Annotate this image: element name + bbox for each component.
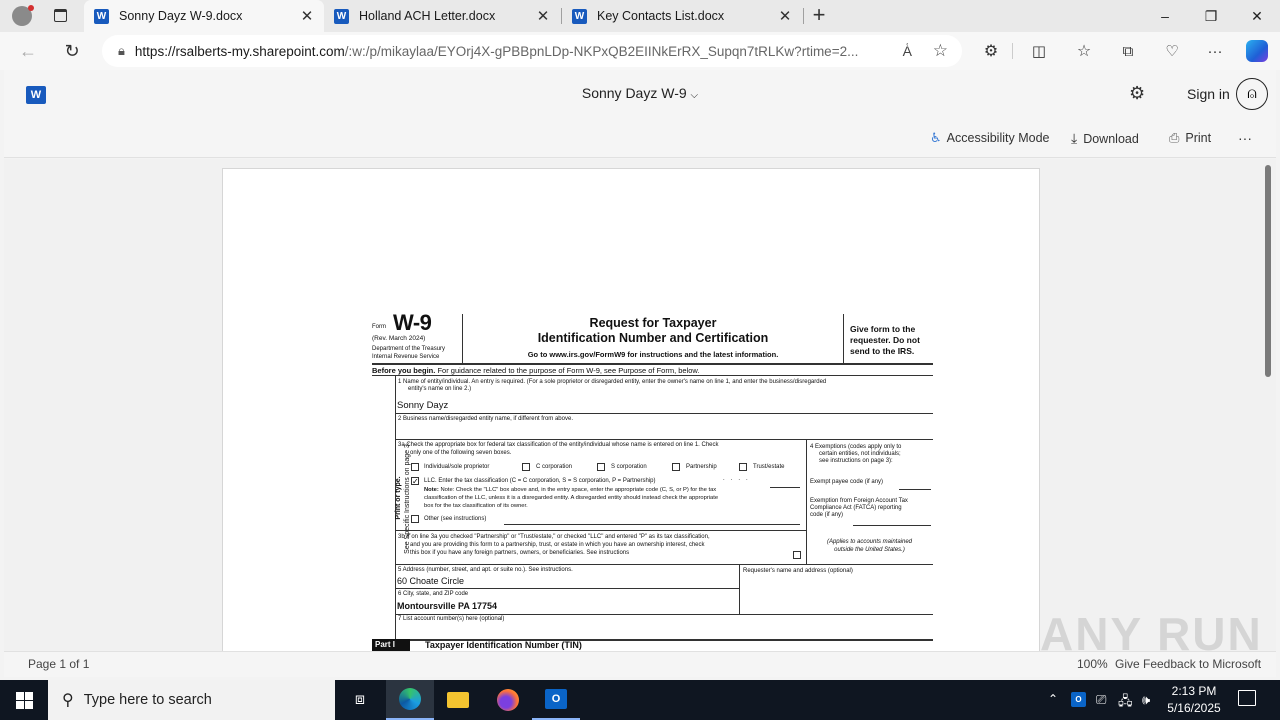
label-llc: LLC. Enter the tax classification (C = C… <box>424 478 656 484</box>
checkbox-s-corp[interactable] <box>597 463 605 471</box>
form-title-line2: Identification Number and Certification <box>463 331 843 345</box>
give-form-line1: Give form to the <box>850 324 915 334</box>
tab-key-contacts-list[interactable]: W Key Contacts List.docx ✕ <box>562 0 802 32</box>
zoom-level[interactable]: 100% <box>1077 657 1108 671</box>
checkbox-llc[interactable]: ✓ <box>411 477 419 485</box>
favorite-star-icon[interactable]: ☆ <box>933 41 948 61</box>
page-count: Page 1 of 1 <box>28 657 89 671</box>
clock-time: 2:13 PM <box>1166 683 1222 700</box>
outlook-taskbar-icon[interactable]: O <box>532 680 580 720</box>
give-feedback-link[interactable]: Give Feedback to Microsoft <box>1115 657 1261 671</box>
windows-logo-icon <box>16 692 33 709</box>
favorites-icon[interactable]: ☆ <box>1069 36 1099 66</box>
search-icon: ⚲ <box>62 690 74 710</box>
checkbox-c-corp[interactable] <box>522 463 530 471</box>
address-field[interactable]: 60 Choate Circle <box>397 576 464 586</box>
browser-tab-strip: W Sonny Dayz W-9.docx ✕ W Holland ACH Le… <box>0 0 1280 32</box>
rule <box>395 530 806 531</box>
label-other: Other (see instructions) <box>424 516 486 522</box>
notification-dot-icon <box>28 5 34 11</box>
close-tab-icon[interactable]: ✕ <box>534 7 552 25</box>
vertical-scrollbar[interactable] <box>1265 165 1271 377</box>
label-individual: Individual/sole proprietor <box>424 464 489 470</box>
outlook-tray-icon[interactable]: O <box>1071 692 1086 707</box>
read-aloud-icon[interactable]: A͑ <box>903 43 912 59</box>
line4-label-cont2: see instructions on page 3): <box>819 458 893 464</box>
fatca-label-cont: Compliance Act (FATCA) reporting <box>810 505 902 511</box>
entity-name-field[interactable]: Sonny Dayz <box>397 400 448 411</box>
word-icon: W <box>94 9 109 24</box>
checkbox-partnership[interactable] <box>672 463 680 471</box>
form-agency: Internal Revenue Service <box>372 354 439 360</box>
accessibility-mode-label: Accessibility Mode <box>947 131 1050 145</box>
label-trust: Trust/estate <box>753 464 784 470</box>
line1-label-cont: entity's name on line 2.) <box>408 386 471 392</box>
checkbox-other[interactable] <box>411 515 419 523</box>
status-bar: Page 1 of 1 100% Give Feedback to Micros… <box>4 651 1276 677</box>
network-icon[interactable]: 🖧︎ <box>1118 692 1133 714</box>
checkbox-foreign-partners[interactable] <box>793 551 801 559</box>
divider <box>843 314 844 363</box>
taskbar-search[interactable]: ⚲ Type here to search <box>48 680 335 720</box>
minimize-button[interactable]: – <box>1142 0 1188 32</box>
form-title-line1: Request for Taxpayer <box>463 316 843 330</box>
line3a-label: 3a Check the appropriate box for federal… <box>398 442 719 448</box>
browser-toolbar: ← ↻ 🔒︎ https://rsalberts-my.sharepoint.c… <box>0 32 1280 70</box>
browser-essentials-icon[interactable]: ♡ <box>1157 36 1187 66</box>
print-label: Print <box>1185 131 1211 145</box>
download-icon: ⤓ <box>1071 130 1077 147</box>
watermark: ANY RUN <box>1040 607 1263 651</box>
edge-taskbar-icon[interactable] <box>386 680 434 720</box>
rule <box>395 614 933 615</box>
rule <box>395 413 933 414</box>
form-revision: (Rev. March 2024) <box>372 335 425 342</box>
camera-icon[interactable]: ⎚ <box>1096 692 1106 708</box>
line5-label: 5 Address (number, street, and apt. or s… <box>398 567 573 573</box>
side-print-or-type: Print or type. <box>394 428 403 568</box>
sign-in-link[interactable]: Sign in <box>1187 86 1230 102</box>
firefox-icon[interactable] <box>484 680 532 720</box>
give-form-line3: send to the IRS. <box>850 346 914 356</box>
fatca-field[interactable] <box>853 525 931 526</box>
word-header: W Sonny Dayz W-9 ⌵ ⚙ Sign in ⍝ ♿︎ Access… <box>4 70 1276 158</box>
llc-entry-line[interactable] <box>770 487 800 488</box>
part1-title: Taxpayer Identification Number (TIN) <box>425 640 582 650</box>
url-host: https://rsalberts-my.sharepoint.com <box>135 44 345 59</box>
give-form-line2: requester. Do not <box>850 335 920 345</box>
line7-label: 7 List account number(s) here (optional) <box>398 616 504 622</box>
print-button[interactable]: ⎙ Print <box>1169 130 1211 146</box>
note-line3: box for the tax classification of its ow… <box>424 503 528 509</box>
line2-label: 2 Business name/disregarded entity name,… <box>398 416 573 422</box>
url-path: /:w:/p/mikaylaa/EYOrj4X-gPBBpnLDp-NKPxQB… <box>345 44 859 59</box>
rule <box>372 363 933 365</box>
divider <box>739 564 740 614</box>
download-label: Download <box>1083 132 1139 146</box>
more-options-button[interactable]: ··· <box>1238 130 1252 146</box>
new-tab-button[interactable]: + <box>808 2 830 30</box>
form-dept: Department of the Treasury <box>372 346 445 352</box>
split-screen-icon[interactable]: ◫ <box>1024 36 1054 66</box>
tab-sonny-dayz-w9[interactable]: W Sonny Dayz W-9.docx ✕ <box>84 0 324 32</box>
rule <box>372 375 933 376</box>
document-canvas: Form W-9 (Rev. March 2024) Department of… <box>4 159 1276 651</box>
copilot-icon[interactable] <box>1246 40 1268 62</box>
show-hidden-icons-chevron[interactable]: ⌃ <box>1048 692 1058 706</box>
line3b-label-cont2: this box if you have any foreign partner… <box>410 550 629 556</box>
task-view-icon[interactable]: ⧈ <box>336 680 384 720</box>
before-you-begin-label: Before you begin. <box>372 366 435 375</box>
tab-label: Holland ACH Letter.docx <box>359 9 495 23</box>
applies-line1: (Applies to accounts maintained <box>806 539 933 545</box>
settings-gear-icon[interactable]: ⚙ <box>1129 83 1145 104</box>
label-s-corp: S corporation <box>611 464 647 470</box>
city-state-zip-field[interactable]: Montoursville PA 17754 <box>397 601 497 611</box>
requester-label: Requester's name and address (optional) <box>743 568 853 574</box>
notifications-icon[interactable] <box>1238 690 1256 706</box>
clock-date: 5/16/2025 <box>1166 700 1222 717</box>
close-tab-icon[interactable]: ✕ <box>776 7 794 25</box>
form-label: Form <box>372 324 386 330</box>
user-avatar-icon[interactable]: ⍝ <box>1236 78 1268 110</box>
checkbox-trust[interactable] <box>739 463 747 471</box>
rule <box>395 439 933 440</box>
document-page: Form W-9 (Rev. March 2024) Department of… <box>222 168 1040 651</box>
before-you-begin-text: For guidance related to the purpose of F… <box>437 366 699 375</box>
word-icon: W <box>572 9 587 24</box>
applies-line2: outside the United States.) <box>806 547 933 553</box>
address-bar[interactable]: 🔒︎ https://rsalberts-my.sharepoint.com/:… <box>102 35 962 67</box>
close-tab-icon[interactable]: ✕ <box>298 7 316 25</box>
label-partnership: Partnership <box>686 464 717 470</box>
search-placeholder: Type here to search <box>84 692 212 708</box>
line1-label: 1 Name of entity/individual. An entry is… <box>398 379 826 385</box>
line4-label: 4 Exemptions (codes apply only to <box>810 444 901 450</box>
checkbox-individual[interactable] <box>411 463 419 471</box>
taskbar: ⚲ Type here to search ⧈ O ⌃ O ⎚ 🖧︎ 🕪︎ 2:… <box>0 680 1280 720</box>
exempt-payee-field[interactable] <box>899 489 931 490</box>
form-number: W-9 <box>393 310 431 336</box>
tab-label: Sonny Dayz W-9.docx <box>119 9 242 23</box>
volume-icon[interactable]: 🕪︎ <box>1142 692 1150 708</box>
back-button[interactable]: ← <box>13 36 43 66</box>
part1-tag: Part I <box>372 639 410 651</box>
line6-label: 6 City, state, and ZIP code <box>398 591 468 597</box>
tab-holland-ach-letter[interactable]: W Holland ACH Letter.docx ✕ <box>324 0 560 32</box>
tab-actions-icon[interactable] <box>54 9 67 22</box>
fatca-label: Exemption from Foreign Account Tax <box>810 498 908 504</box>
extensions-icon[interactable]: ⚙︎ <box>976 36 1006 66</box>
accessibility-icon: ♿︎ <box>930 130 942 146</box>
document-title-text: Sonny Dayz W-9 <box>582 85 687 101</box>
start-button[interactable] <box>0 680 48 720</box>
chevron-down-icon: ⌵ <box>691 90 699 101</box>
clock[interactable]: 2:13 PM 5/16/2025 <box>1166 683 1222 717</box>
settings-more-icon[interactable]: ··· <box>1200 36 1230 66</box>
leader-dots: .... <box>723 476 754 482</box>
label-c-corp: C corporation <box>536 464 572 470</box>
line3b-label: 3b If on line 3a you checked "Partnershi… <box>398 534 710 540</box>
toolbar-separator <box>1012 43 1013 59</box>
other-entry-line[interactable] <box>504 524 800 525</box>
rule <box>395 588 739 589</box>
download-button[interactable]: ⤓ Download <box>1071 130 1139 147</box>
exempt-payee-label: Exempt payee code (if any) <box>810 479 883 485</box>
line3b-label-cont: and you are providing this form to a par… <box>410 542 705 548</box>
close-window-button[interactable]: ✕ <box>1234 0 1280 32</box>
tab-separator <box>803 8 804 24</box>
document-title[interactable]: Sonny Dayz W-9 ⌵ <box>4 85 1276 101</box>
divider <box>806 439 807 564</box>
restore-button[interactable]: ❐ <box>1188 0 1234 32</box>
tab-label: Key Contacts List.docx <box>597 9 724 23</box>
lock-icon[interactable]: 🔒︎ <box>118 43 125 59</box>
line3a-label-cont: only one of the following seven boxes. <box>410 450 511 456</box>
fatca-label-cont2: code (if any) <box>810 512 843 518</box>
form-goto-instructions: Go to www.irs.gov/FormW9 for instruction… <box>463 350 843 359</box>
print-icon: ⎙ <box>1169 130 1179 146</box>
refresh-button[interactable]: ↻ <box>57 36 87 66</box>
accessibility-mode-button[interactable]: ♿︎ Accessibility Mode <box>930 130 1049 146</box>
line4-label-cont: certain entities, not individuals; <box>819 451 901 457</box>
note-line2: classification of the LLC, unless it is … <box>424 495 718 501</box>
collections-icon[interactable]: ⧉ <box>1113 36 1143 66</box>
word-icon: W <box>334 9 349 24</box>
file-explorer-icon[interactable] <box>434 680 482 720</box>
note-line1: Note: Check the "LLC" box above and, in … <box>440 487 716 493</box>
rule <box>395 564 933 565</box>
